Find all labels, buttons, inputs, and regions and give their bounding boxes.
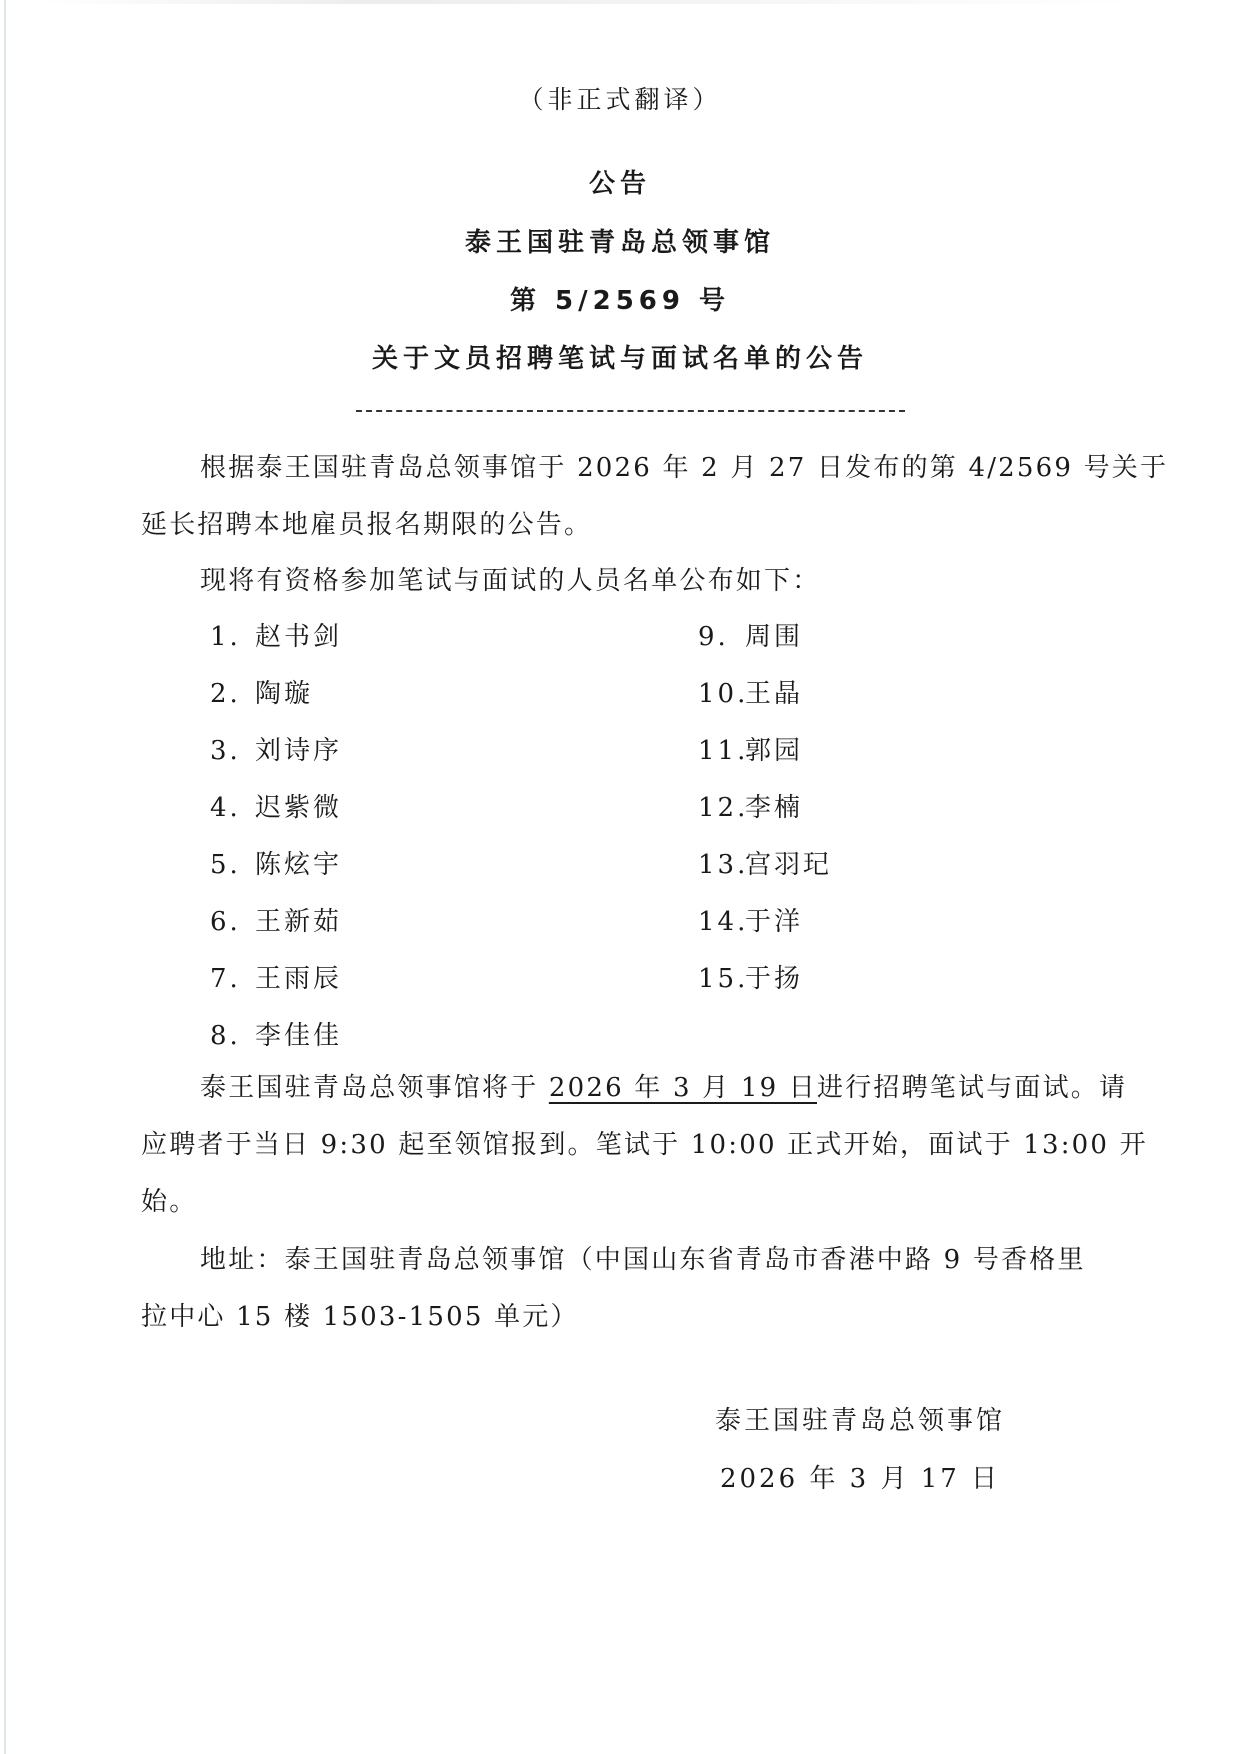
- candidate-list-item: 15.于扬: [698, 959, 803, 999]
- intro-line-1: 根据泰王国驻青岛总领事馆于 2026 年 2 月 27 日发布的第 4/2569…: [141, 440, 1178, 497]
- candidate-name: 迟紫微: [255, 793, 342, 823]
- candidate-name: 陶璇: [255, 679, 313, 709]
- candidate-number: 7.: [210, 959, 255, 999]
- announcement-number: 第 5/2569 号: [0, 280, 1240, 317]
- candidate-number: 12.: [698, 788, 745, 828]
- candidate-list-item: 8.李佳佳: [210, 1016, 342, 1056]
- document-title: 公告: [0, 163, 1240, 200]
- candidate-name: 于洋: [745, 907, 803, 937]
- intro-line-2: 延长招聘本地雇员报名期限的公告。: [141, 497, 1119, 554]
- candidate-list-item: 11.郭园: [698, 731, 803, 771]
- schedule-line-2: 应聘者于当日 9:30 起至领馆报到。笔试于 10:00 正式开始，面试于 13…: [141, 1117, 1119, 1174]
- document-page: （非正式翻译） 公告 泰王国驻青岛总领事馆 第 5/2569 号 关于文员招聘笔…: [0, 0, 1240, 1754]
- candidate-name: 王晶: [745, 679, 803, 709]
- candidate-name: 于扬: [745, 964, 803, 994]
- scan-top-smudge: [40, 0, 1140, 4]
- schedule-line-1: 泰王国驻青岛总领事馆将于 2026 年 3 月 19 日进行招聘笔试与面试。请: [141, 1060, 1178, 1117]
- candidate-list-item: 13.宫羽玘: [698, 845, 832, 885]
- candidate-number: 4.: [210, 788, 255, 828]
- candidate-number: 3.: [210, 731, 255, 771]
- candidate-name: 赵书剑: [255, 622, 342, 652]
- candidate-list-item: 7.王雨辰: [210, 959, 342, 999]
- candidate-list-item: 12.李楠: [698, 788, 803, 828]
- intro-line-3: 现将有资格参加笔试与面试的人员名单公布如下：: [141, 553, 1178, 610]
- candidate-list-item: 3.刘诗序: [210, 731, 342, 771]
- candidate-list-item: 9.周围: [698, 617, 803, 657]
- schedule-line-3: 始。: [141, 1174, 1119, 1231]
- candidate-list-item: 1.赵书剑: [210, 617, 342, 657]
- candidate-list-item: 2.陶璇: [210, 674, 313, 714]
- candidate-name: 李佳佳: [255, 1021, 342, 1051]
- candidate-list-item: 5.陈炫宇: [210, 845, 342, 885]
- candidate-name: 刘诗序: [255, 736, 342, 766]
- candidate-list-item: 6.王新茹: [210, 902, 342, 942]
- schedule-prefix: 泰王国驻青岛总领事馆将于: [200, 1073, 549, 1103]
- candidate-number: 2.: [210, 674, 255, 714]
- signature-date: 2026 年 3 月 17 日: [680, 1458, 1040, 1495]
- candidate-number: 8.: [210, 1016, 255, 1056]
- candidate-number: 14.: [698, 902, 745, 942]
- candidate-list-item: 10.王晶: [698, 674, 803, 714]
- address-line-1: 地址：泰王国驻青岛总领事馆（中国山东省青岛市香港中路 9 号香格里: [141, 1232, 1178, 1289]
- translation-note: （非正式翻译）: [0, 80, 1240, 116]
- candidate-name: 陈炫宇: [255, 850, 342, 880]
- signature-issuer: 泰王国驻青岛总领事馆: [680, 1400, 1040, 1437]
- candidate-number: 10.: [698, 674, 745, 714]
- announcement-subject: 关于文员招聘笔试与面试名单的公告: [0, 338, 1240, 375]
- candidate-name: 王新茹: [255, 907, 342, 937]
- scan-edge-line: [4, 0, 6, 1754]
- candidate-list-item: 14.于洋: [698, 902, 803, 942]
- candidate-number: 13.: [698, 845, 745, 885]
- candidate-name: 李楠: [745, 793, 803, 823]
- candidate-name: 周围: [745, 622, 803, 652]
- address-line-2: 拉中心 15 楼 1503-1505 单元）: [141, 1289, 1119, 1346]
- candidate-list-item: 4.迟紫微: [210, 788, 342, 828]
- candidate-number: 1.: [210, 617, 255, 657]
- schedule-suffix: 进行招聘笔试与面试。请: [817, 1073, 1127, 1103]
- candidate-name: 郭园: [745, 736, 803, 766]
- candidate-name: 王雨辰: [255, 964, 342, 994]
- candidate-number: 6.: [210, 902, 255, 942]
- candidate-name: 宫羽玘: [745, 850, 832, 880]
- candidate-number: 15.: [698, 959, 745, 999]
- exam-date: 2026 年 3 月 19 日: [549, 1073, 817, 1103]
- candidate-number: 9.: [698, 617, 745, 657]
- candidate-number: 11.: [698, 731, 745, 771]
- candidate-number: 5.: [210, 845, 255, 885]
- issuer-heading: 泰王国驻青岛总领事馆: [0, 222, 1240, 259]
- dashed-separator: [356, 410, 905, 412]
